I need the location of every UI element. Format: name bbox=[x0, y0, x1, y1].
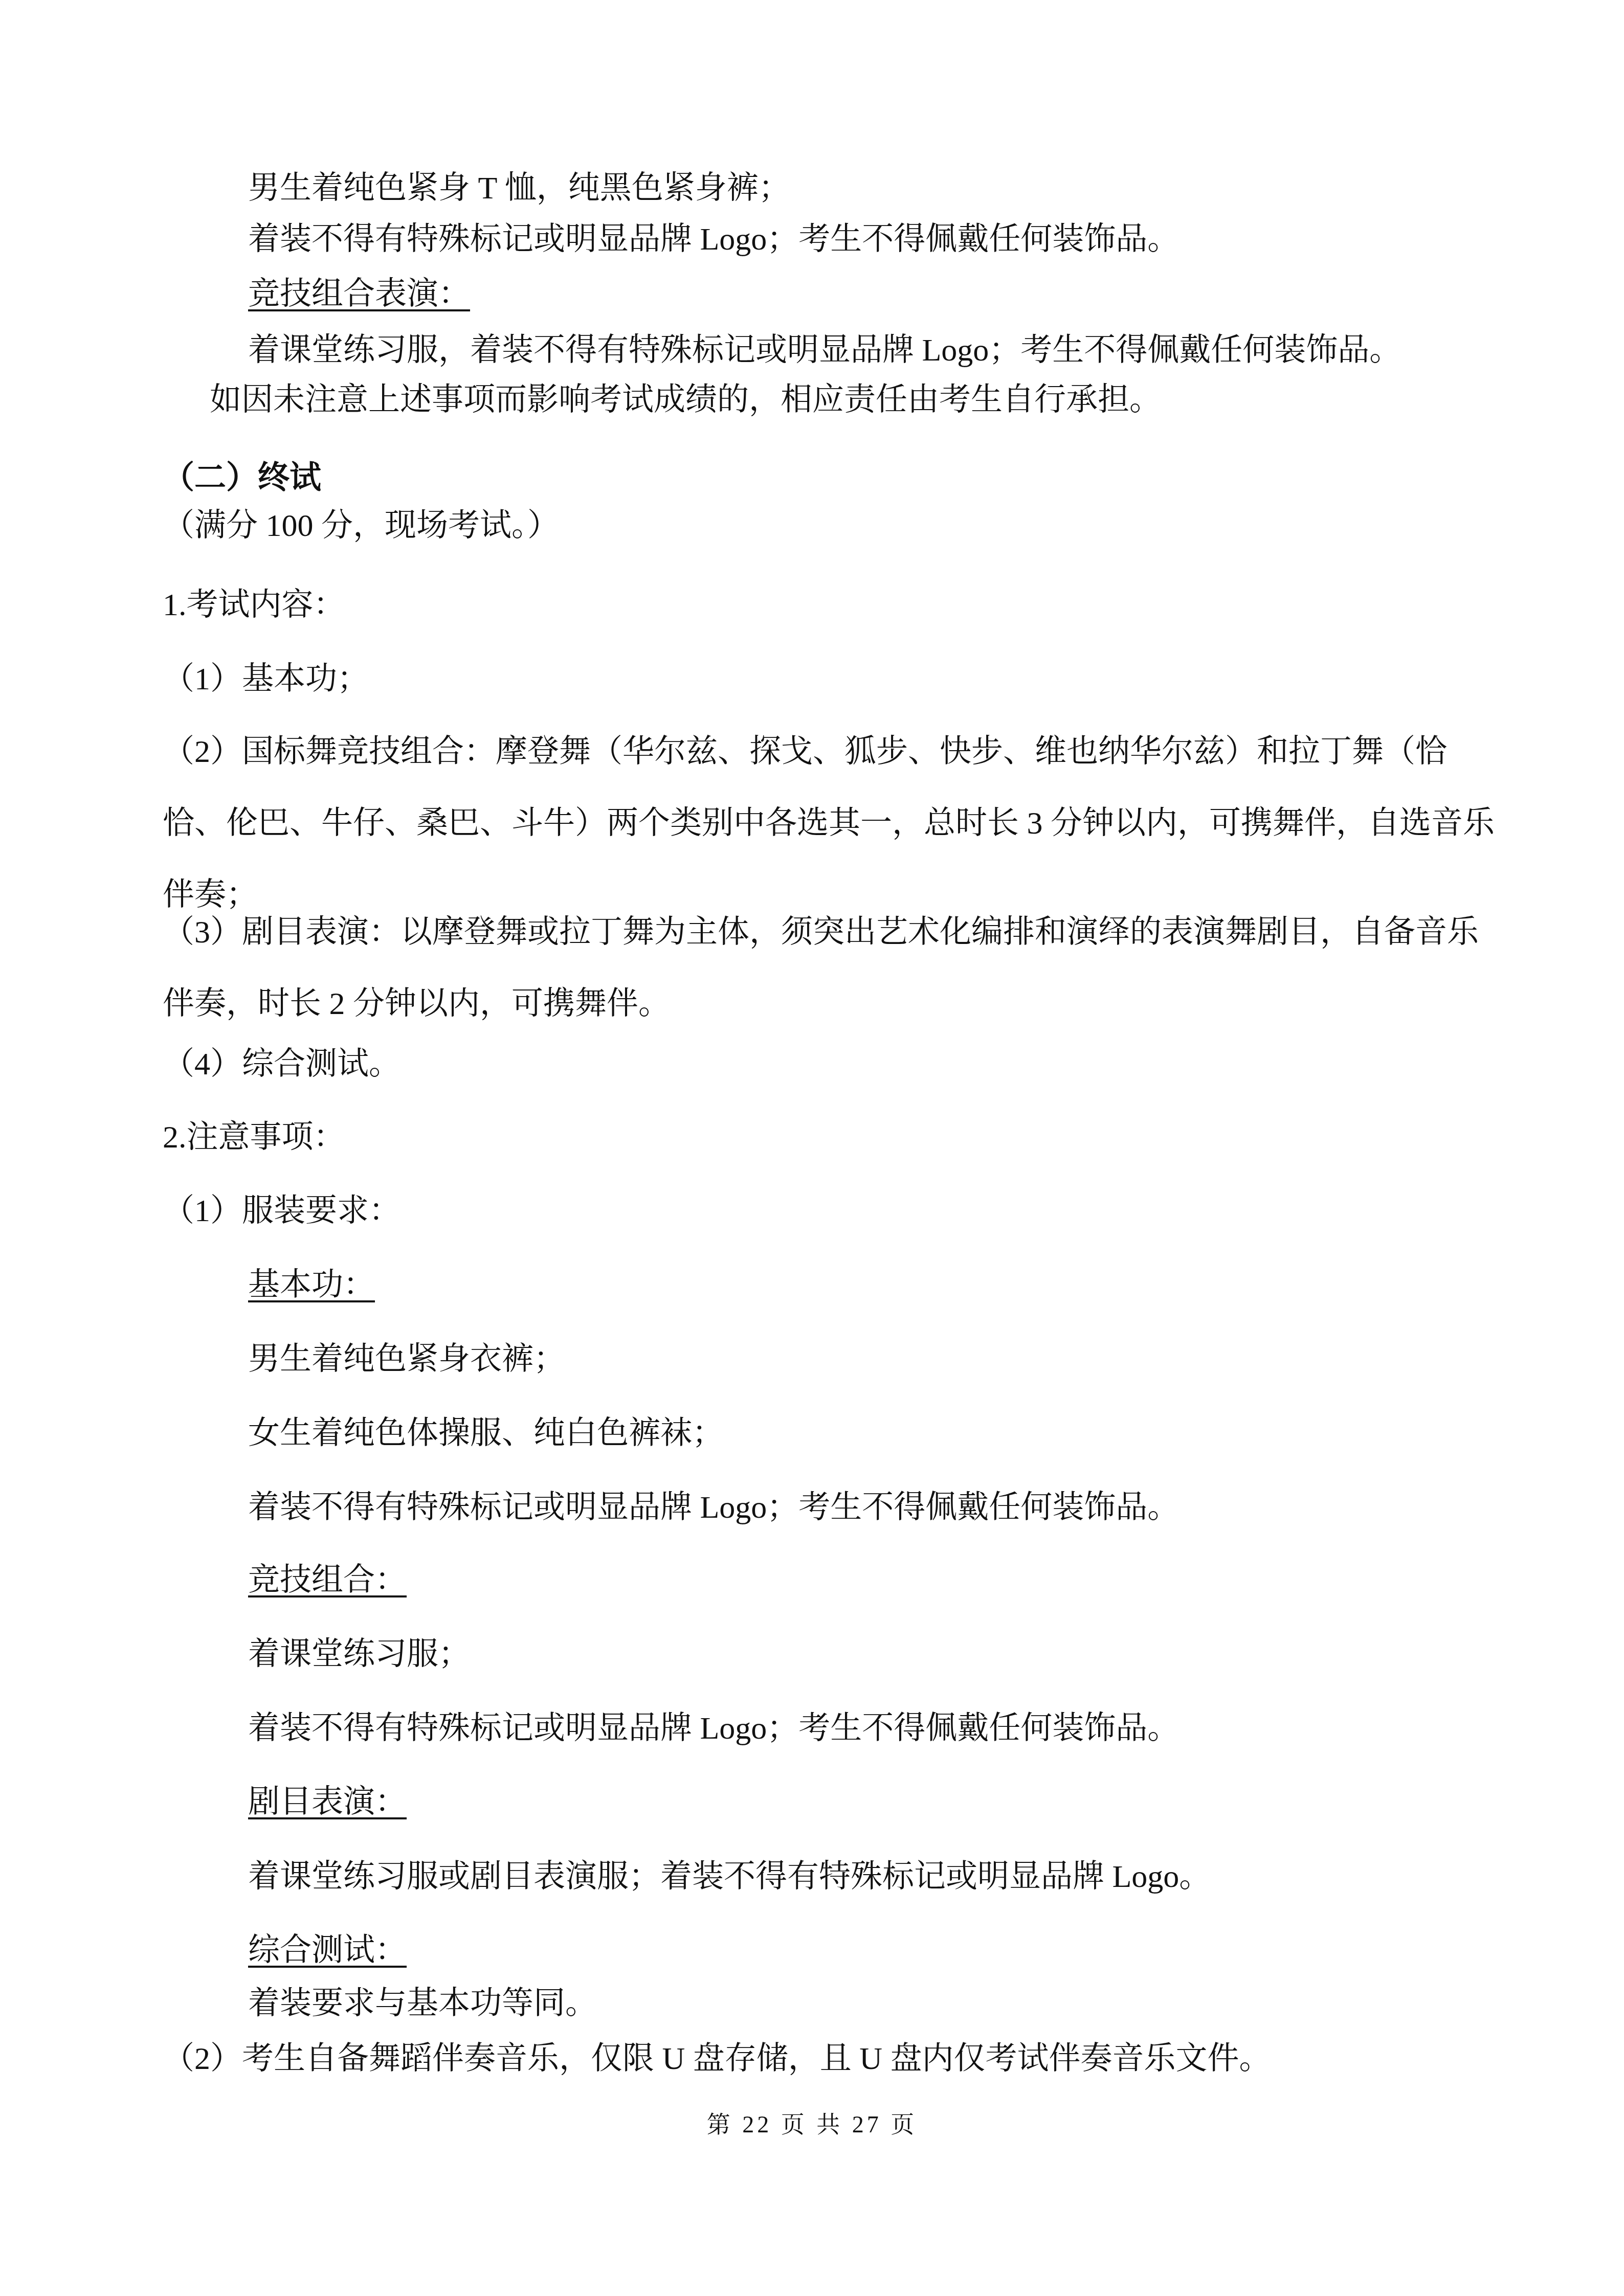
list-item: （3）剧目表演：以摩登舞或拉丁舞为主体，须突出艺术化编排和演绎的表演舞剧目，自备… bbox=[163, 896, 1495, 1040]
subheading-underlined: 剧目表演： bbox=[248, 1783, 407, 1821]
paragraph: （2）考生自备舞蹈伴奏音乐，仅限 U 盘存储，且 U 盘内仅考试伴奏音乐文件。 bbox=[163, 2039, 1271, 2078]
paragraph: 着课堂练习服，着装不得有特殊标记或明显品牌 Logo；考生不得佩戴任何装饰品。 bbox=[248, 331, 1401, 370]
list-heading: 2.注意事项： bbox=[163, 1118, 345, 1157]
section-heading: （二）终试 bbox=[163, 459, 321, 498]
list-heading: 1.考试内容： bbox=[163, 586, 345, 624]
paragraph: 着装要求与基本功等同。 bbox=[248, 1984, 597, 2023]
paragraph: 着装不得有特殊标记或明显品牌 Logo；考生不得佩戴任何装饰品。 bbox=[248, 1709, 1179, 1748]
subheading-underlined: 竞技组合表演： bbox=[248, 275, 470, 313]
paragraph: 女生着纯色体操服、纯白色裤袜； bbox=[248, 1414, 724, 1453]
subheading-underlined: 基本功： bbox=[248, 1266, 375, 1304]
subheading: （1）服装要求： bbox=[163, 1191, 401, 1230]
section-note: （满分 100 分，现场考试。） bbox=[163, 506, 559, 545]
paragraph: 男生着纯色紧身衣裤； bbox=[248, 1340, 565, 1379]
paragraph: 如因未注意上述事项而影响考试成绩的，相应责任由考生自行承担。 bbox=[210, 380, 1161, 419]
subheading-underlined: 综合测试： bbox=[248, 1931, 407, 1970]
list-item: （1）基本功； bbox=[163, 660, 369, 699]
paragraph: 男生着纯色紧身 T 恤，纯黑色紧身裤； bbox=[248, 169, 790, 208]
subheading-underlined: 竞技组合： bbox=[248, 1561, 407, 1600]
page-number-footer: 第 22 页 共 27 页 bbox=[0, 2106, 1624, 2140]
paragraph: 着装不得有特殊标记或明显品牌 Logo；考生不得佩戴任何装饰品。 bbox=[248, 1488, 1179, 1527]
paragraph: 着装不得有特殊标记或明显品牌 Logo；考生不得佩戴任何装饰品。 bbox=[248, 220, 1179, 259]
paragraph: 着课堂练习服； bbox=[248, 1635, 470, 1674]
list-item: （4）综合测试。 bbox=[163, 1045, 401, 1084]
paragraph: 着课堂练习服或剧目表演服；着装不得有特殊标记或明显品牌 Logo。 bbox=[248, 1857, 1211, 1896]
